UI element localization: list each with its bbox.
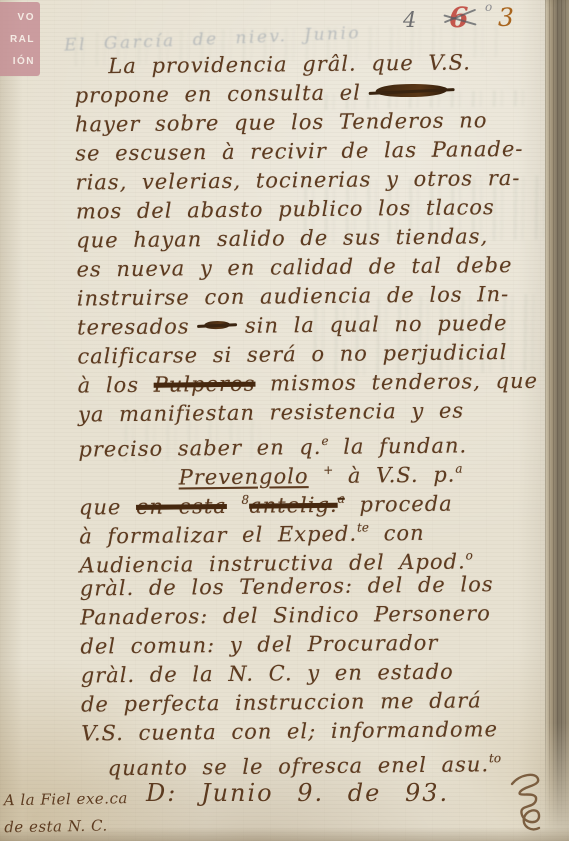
text-segment: mos del abasto publico los tlacos (76, 195, 495, 223)
text-segment: Pulperos (154, 372, 256, 397)
text-segment: calificarse si será o no perjudicial (77, 340, 507, 369)
manuscript-page: VO RAL IÓN El García de niev. Junio 4 6 … (0, 0, 569, 841)
text-segment: es nueva y en calidad de tal debe (76, 253, 512, 282)
text-segment: ya manifiestan resistencia y es (78, 398, 464, 426)
text-segment: Panaderos: del Sindico Personero (80, 601, 491, 629)
text-segment: instruirse con audiencia de los In- (77, 282, 510, 311)
dateline: D: Junio 9. de 93. (146, 779, 449, 807)
text-segment: quanto se le ofresca enel asu. (108, 752, 490, 780)
marginal-note: A la Fiel exe.ca de esta N. C. (4, 785, 155, 841)
marginal-note-line: A la Fiel exe.ca (4, 785, 154, 815)
text-segment: to (489, 751, 501, 765)
manuscript-line: Prevengolo + à V.S. p.a (178, 453, 560, 486)
text-segment: teresados (77, 314, 204, 339)
folio-number-graphite: 4 (403, 8, 416, 32)
text-segment: hayer sobre que los Tenderos no (75, 108, 488, 136)
ink-blot-strikethrough (375, 84, 447, 98)
folio-number-crossed-out: 6 (449, 1, 468, 34)
rubric-flourish-icon (498, 770, 550, 840)
text-segment: V.S. cuenta con el; informandome (81, 717, 498, 745)
archive-stamp: VO RAL IÓN (0, 2, 40, 76)
stamp-line: RAL (0, 29, 35, 51)
manuscript-line: à los Pulperos mismos tenderos, que (78, 366, 560, 400)
text-segment: gràl. de los Tenderos: del de los (80, 572, 494, 600)
marginal-note-line: de esta N. C. (4, 812, 154, 841)
text-segment: o (466, 548, 473, 562)
text-segment: à los (78, 373, 154, 398)
text-segment: se escusen à recivir de las Panade- (75, 137, 523, 166)
stamp-line: IÓN (0, 51, 35, 73)
folio-superscript-mark: o (485, 0, 492, 14)
text-segment: de perfecta instruccion me dará (81, 688, 482, 716)
text-segment: propone en consulta el (75, 80, 376, 107)
ink-blot-strikethrough (204, 320, 230, 328)
stamp-line: VO (0, 7, 35, 29)
manuscript-line: quanto se le ofresca enel asu.to (108, 743, 564, 777)
text-segment: rias, velerias, tocinerias y otros ra- (75, 166, 520, 195)
manuscript-line: Panaderos: del Sindico Personero (80, 598, 562, 632)
book-page-edges (545, 0, 569, 841)
manuscript-line: La providencia grâl. que V.S. (108, 47, 556, 81)
text-segment: sin la qual no puede (230, 311, 508, 338)
text-segment: mismos tenderos, que (255, 369, 538, 396)
text-segment: + (323, 463, 333, 477)
text-segment: del comun: y del Procurador (80, 631, 438, 659)
text-segment: a (455, 462, 462, 476)
text-segment: te (357, 520, 369, 534)
text-segment: La providencia grâl. que V.S. (108, 50, 471, 78)
text-segment: gràl. de la N. C. y en estado (81, 660, 454, 688)
folio-number-ink: 3 (498, 3, 514, 32)
text-segment: que hayan salido de sus tiendas, (76, 224, 488, 252)
manuscript-text-block: La providencia grâl. que V.S.propone en … (74, 47, 564, 777)
